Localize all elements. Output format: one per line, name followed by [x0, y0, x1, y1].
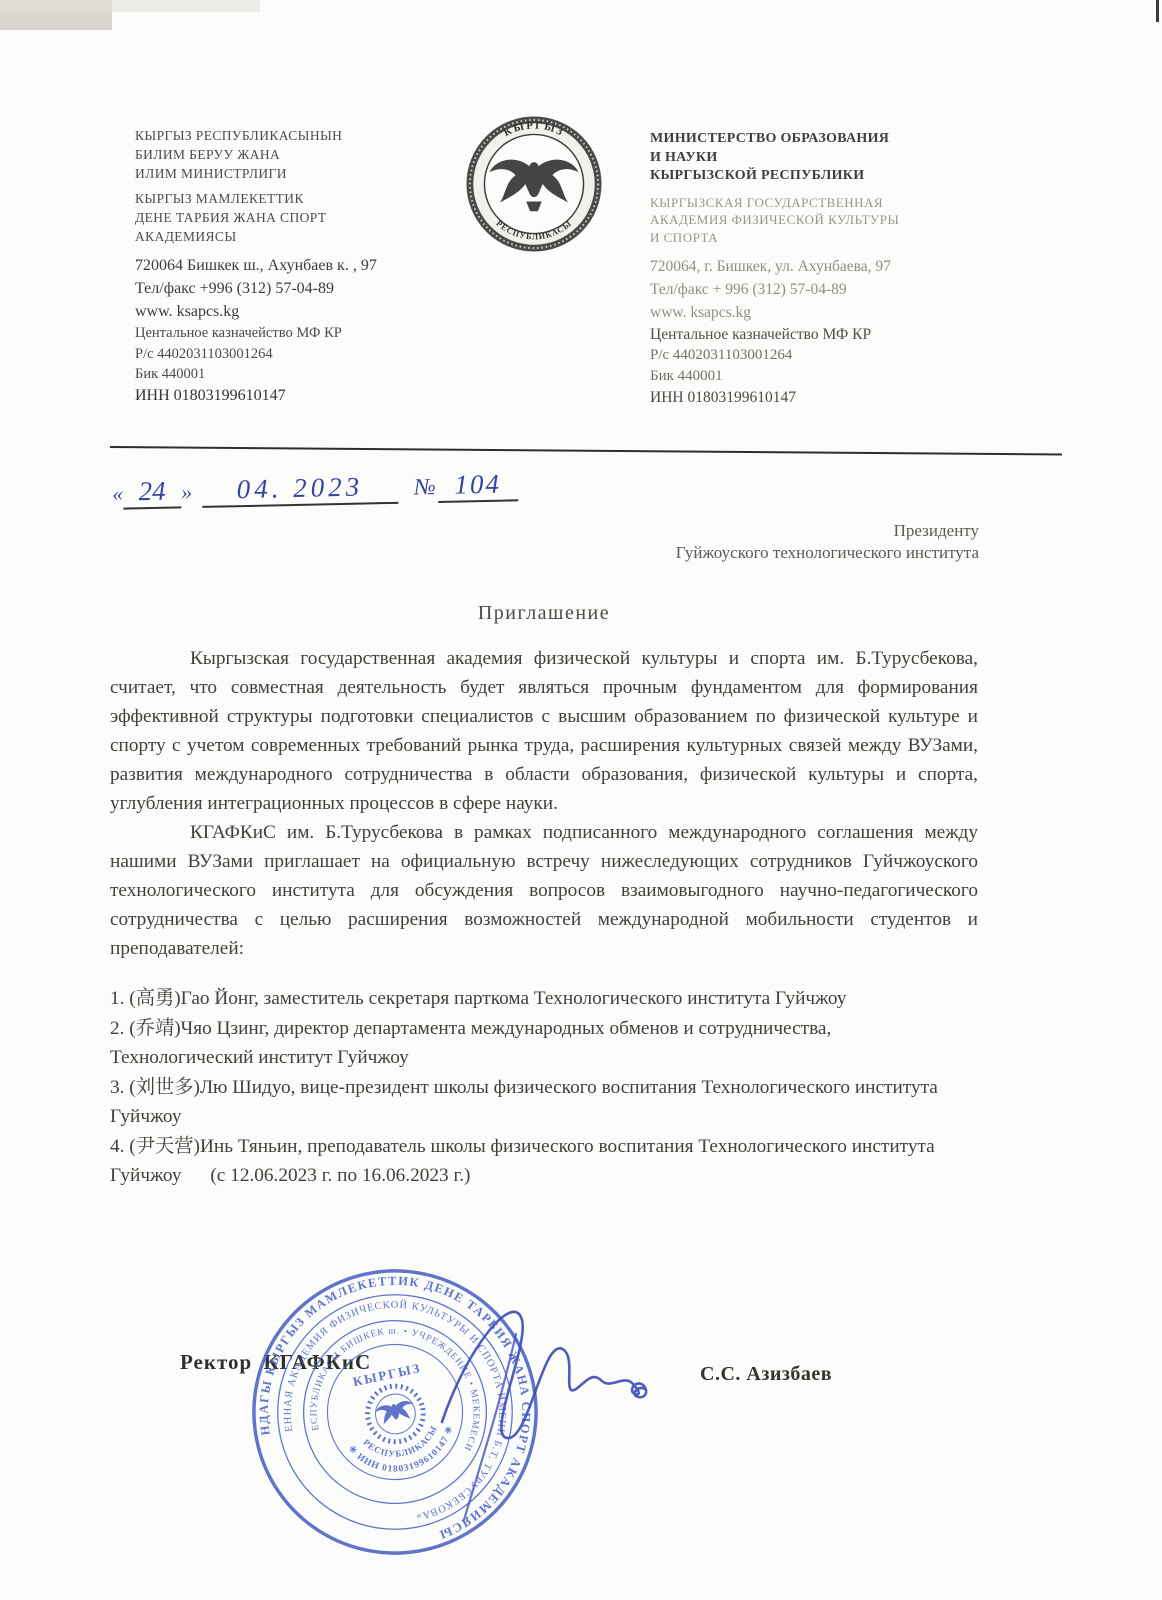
paragraph-2: КГАФКиС им. Б.Турусбекова в рамках подпи… [110, 818, 978, 963]
website-line: www. ksapcs.kg [650, 301, 960, 324]
website-line: www. ksapcs.kg [135, 300, 395, 323]
delegates-list: 1. (高勇)Гао Йонг, заместитель секретаря п… [110, 984, 978, 1191]
letter-body: Кыргызская государственная академия физи… [110, 644, 978, 1191]
addressee-title: Президенту [557, 520, 979, 542]
scan-artifact-top-band [0, 0, 260, 12]
treasury-line: Центальное казначейство МФ КР [135, 323, 395, 344]
bik-line: Бик 440001 [650, 366, 960, 387]
state-emblem-icon: КЫРГЫЗ РЕСПУБЛИКАСЫ [466, 116, 602, 252]
letterhead-line: КЫРГЫЗСКОЙ РЕСПУБЛИКИ [650, 167, 960, 186]
academy-name-kyrgyz: КЫРГЫЗ МАМЛЕКЕТТИК ДЕНЕ ТАРБИЯ ЖАНА СПОР… [135, 189, 395, 246]
signer-name: С.С. Азизбаев [700, 1363, 832, 1386]
account-line: Р/с 4402031103001264 [650, 345, 960, 366]
handwritten-day: 24 [123, 475, 182, 509]
letterhead-left: КЫРГЫЗ РЕСПУБЛИКАСЫНЫН БИЛИМ БЕРУУ ЖАНА … [135, 126, 395, 406]
date-line: «24»04. 2023№104 [112, 467, 573, 510]
bik-line: Бик 440001 [135, 364, 395, 385]
addressee-block: Президенту Гуйжоуского технологического … [557, 520, 979, 564]
scanned-letter-page: КЫРГЫЗ РЕСПУБЛИКАСЫНЫН БИЛИМ БЕРУУ ЖАНА … [0, 0, 1162, 1600]
contact-info-right: 720064, г. Бишкек, ул. Ахунбаева, 97 Тел… [650, 255, 960, 324]
number-sign: № [414, 474, 436, 499]
letterhead-right: МИНИСТЕРСТВО ОБРАЗОВАНИЯ И НАУКИ КЫРГЫЗС… [650, 130, 960, 408]
handwritten-month-year: 04. 2023 [202, 471, 399, 508]
addressee-institution: Гуйжоуского технологического института [557, 542, 979, 564]
treasury-line: Центальное казначейство МФ КР [650, 324, 960, 345]
academy-name-russian: КЫРГЫЗСКАЯ ГОСУДАРСТВЕННАЯ АКАДЕМИЯ ФИЗИ… [650, 194, 960, 247]
handwritten-signature [412, 1272, 672, 1522]
address-line: 720064, г. Бишкек, ул. Ахунбаева, 97 [650, 255, 960, 278]
inn-line: ИНН 01803199610147 [135, 386, 395, 407]
account-line: Р/с 4402031103001264 [135, 344, 395, 365]
open-quote: « [112, 481, 124, 506]
letterhead-line: ДЕНЕ ТАРБИЯ ЖАНА СПОРТ [135, 208, 395, 227]
letterhead-line: БИЛИМ БЕРУУ ЖАНА [135, 145, 395, 164]
close-quote: » [181, 479, 193, 504]
document-title: Приглашение [110, 602, 978, 625]
phone-line: Тел/факс + 996 (312) 57-04-89 [650, 278, 960, 301]
letterhead-line: И НАУКИ [650, 149, 960, 168]
scan-artifact-top-right [1156, 0, 1159, 22]
letterhead-line: АКАДЕМИЯСЫ [135, 227, 395, 246]
paragraph-1: Кыргызская государственная академия физи… [110, 644, 978, 818]
letterhead-line: МИНИСТЕРСТВО ОБРАЗОВАНИЯ [650, 130, 960, 149]
letterhead-line: КЫРГЫЗ МАМЛЕКЕТТИК [135, 189, 395, 208]
ministry-name-kyrgyz: КЫРГЫЗ РЕСПУБЛИКАСЫНЫН БИЛИМ БЕРУУ ЖАНА … [135, 126, 395, 183]
letterhead-line: И СПОРТА [650, 229, 960, 247]
inn-line: ИНН 01803199610147 [650, 387, 960, 408]
bank-info-left: Центальное казначейство МФ КР Р/с 440203… [135, 323, 395, 406]
bank-info-right: Центальное казначейство МФ КР Р/с 440203… [650, 324, 960, 408]
letterhead-line: КЫРГЫЗСКАЯ ГОСУДАРСТВЕННАЯ [650, 194, 960, 212]
letterhead-line: АКАДЕМИЯ ФИЗИЧЕСКОЙ КУЛЬТУРЫ [650, 211, 960, 229]
contact-info-left: 720064 Бишкек ш., Ахунбаев к. , 97 Тел/ф… [135, 254, 395, 323]
list-item: 1. (高勇)Гао Йонг, заместитель секретаря п… [110, 984, 978, 1014]
list-item: 3. (刘世多)Лю Шидуо, вице-президент школы ф… [110, 1073, 978, 1132]
letterhead-line: ИЛИМ МИНИСТРЛИГИ [135, 164, 395, 183]
list-item: 4. (尹天营)Инь Тяньин, преподаватель школы … [110, 1132, 978, 1191]
divider-line [110, 446, 1062, 455]
address-line: 720064 Бишкек ш., Ахунбаев к. , 97 [135, 254, 395, 277]
list-item: 2. (乔靖)Чяо Цзинг, директор департамента … [110, 1014, 978, 1073]
handwritten-doc-number: 104 [437, 468, 518, 503]
letterhead-line: КЫРГЫЗ РЕСПУБЛИКАСЫНЫН [135, 126, 395, 145]
phone-line: Тел/факс +996 (312) 57-04-89 [135, 277, 395, 300]
ministry-name-russian: МИНИСТЕРСТВО ОБРАЗОВАНИЯ И НАУКИ КЫРГЫЗС… [650, 130, 960, 186]
